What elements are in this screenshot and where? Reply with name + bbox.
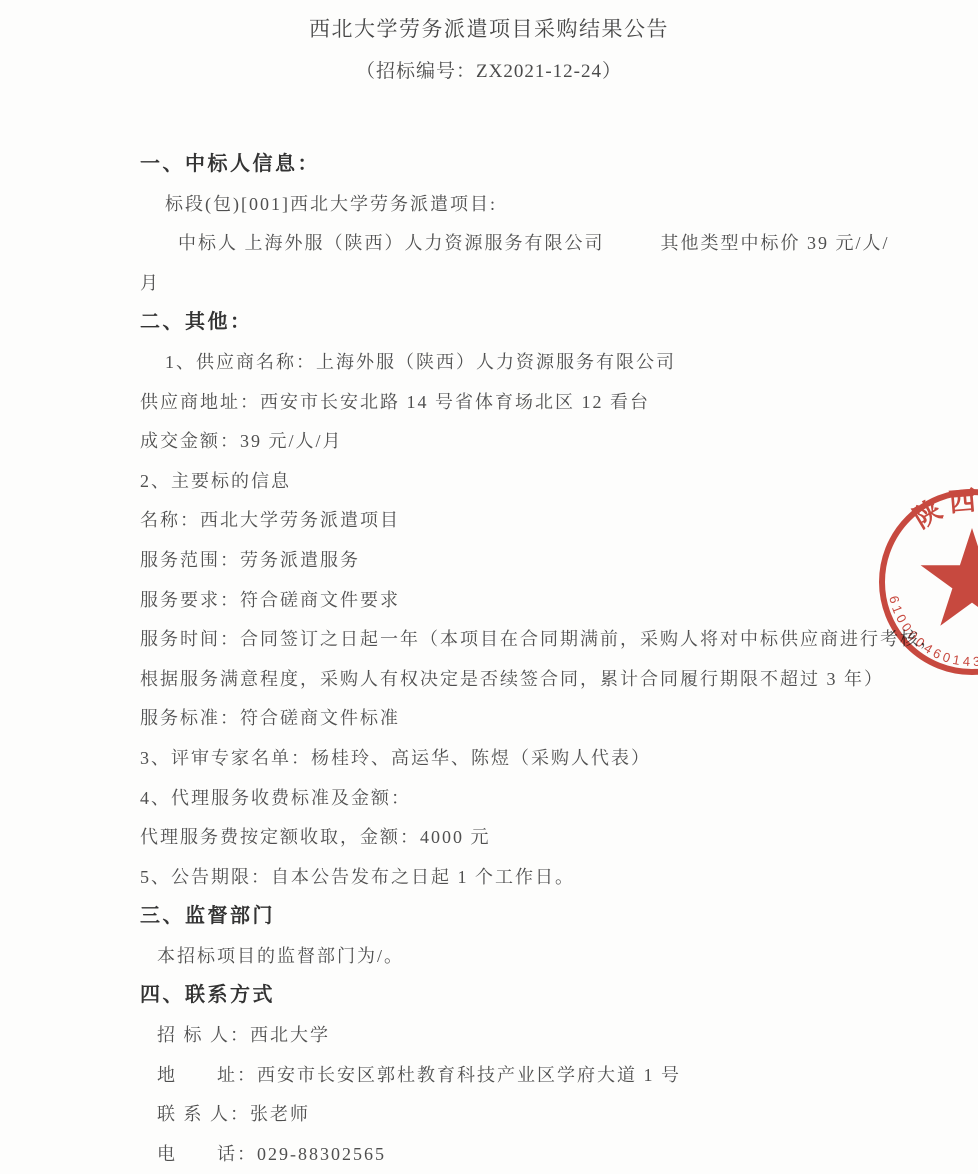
contact-tenderer: 招 标 人：西北大学 [140,1016,930,1056]
line-service-time-1: 服务时间：合同签订之日起一年（本项目在合同期满前，采购人将对中标供应商进行考核， [140,620,930,660]
winner-price: 其他类型中标价 39 元/人/ [661,233,890,253]
winner-name: 中标人 上海外服（陕西）人力资源服务有限公司 [178,233,605,253]
line-project-name: 名称：西北大学劳务派遣项目 [140,501,930,541]
line-agency-fee-title: 4、代理服务收费标准及金额： [140,779,930,819]
line-subject-info: 2、主要标的信息 [140,462,930,502]
line-deal-amount: 成交金额：39 元/人/月 [140,422,930,462]
seal-star-icon [921,528,978,626]
contact-address: 地 址：西安市长安区郭杜教育科技产业区学府大道 1 号 [140,1056,930,1096]
section1-lot-line: 标段(包)[001]西北大学劳务派遣项目: [140,185,930,225]
section3-heading: 三、监督部门 [140,897,930,937]
line-service-time-2: 根据服务满意程度，采购人有权决定是否续签合同，累计合同履行期限不超过 3 年） [140,660,930,700]
section2-heading: 二、其他： [140,303,930,343]
section3-body: 本招标项目的监督部门为/。 [140,937,930,977]
line-service-require: 服务要求：符合磋商文件要求 [140,581,930,621]
line-notice-period: 5、公告期限：自本公告发布之日起 1 个工作日。 [140,858,930,898]
section1-heading: 一、中标人信息： [140,145,930,185]
line-service-standard: 服务标准：符合磋商文件标准 [140,699,930,739]
section1-winner-wrap: 月 [140,264,930,304]
scanned-document-page: 西北大学劳务派遣项目采购结果公告 （招标编号：ZX2021-12-24） 一、中… [0,0,978,1174]
line-service-scope: 服务范围：劳务派遣服务 [140,541,930,581]
section4-heading: 四、联系方式 [140,976,930,1016]
document-body: 一、中标人信息： 标段(包)[001]西北大学劳务派遣项目: 中标人 上海外服（… [140,145,930,1174]
tender-number-line: （招标编号：ZX2021-12-24） [0,56,978,83]
section1-winner-line: 中标人 上海外服（陕西）人力资源服务有限公司其他类型中标价 39 元/人/ [140,224,930,264]
official-red-seal: 陕西正信 610000460143 [847,457,978,707]
document-title: 西北大学劳务派遣项目采购结果公告 [0,13,978,43]
line-supplier-address: 供应商地址：西安市长安北路 14 号省体育场北区 12 看台 [140,383,930,423]
line-expert-list: 3、评审专家名单：杨桂玲、高运华、陈煜（采购人代表） [140,739,930,779]
contact-phone: 电 话：029-88302565 [140,1135,930,1174]
contact-person: 联 系 人：张老师 [140,1095,930,1135]
line-agency-fee-amount: 代理服务费按定额收取，金额：4000 元 [140,818,930,858]
line-supplier-name: 1、供应商名称：上海外服（陕西）人力资源服务有限公司 [140,343,930,383]
